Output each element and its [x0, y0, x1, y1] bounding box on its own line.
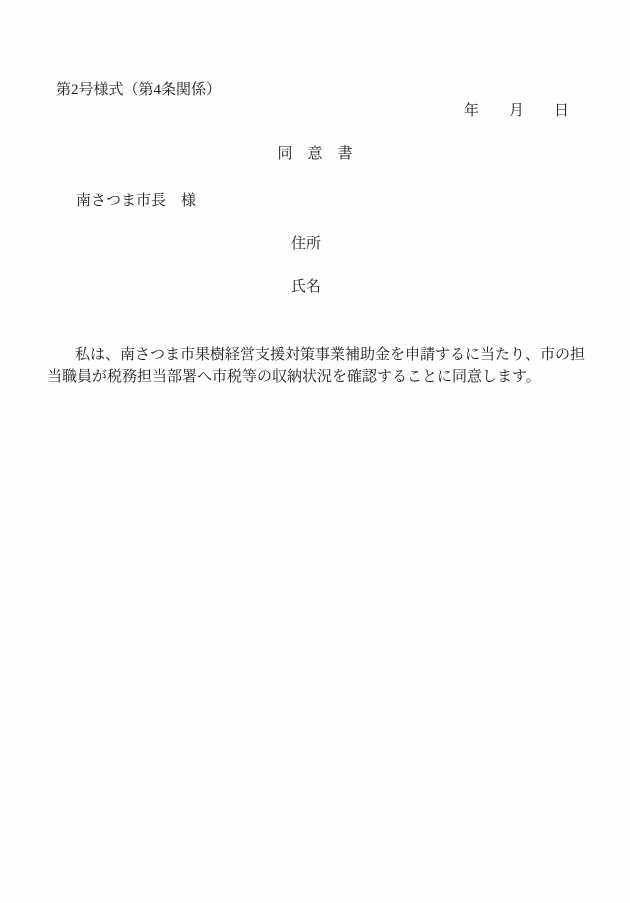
- date-line: 年 月 日: [464, 103, 569, 120]
- name-label: 氏名: [291, 279, 321, 296]
- body-paragraph: 私は、南さつま市果樹経営支援対策事業補助金を申請するに当たり、市の担 当職員が税…: [47, 344, 587, 388]
- address-label: 住所: [291, 236, 321, 253]
- document-title: 同 意 書: [0, 146, 630, 163]
- body-line-2: 当職員が税務担当部署へ市税等の収納状況を確認することに同意します。: [47, 366, 587, 388]
- document-page: 第2号様式（第4条関係） 年 月 日 同 意 書 南さつま市長 様 住所 氏名 …: [0, 0, 630, 903]
- body-line-1: 私は、南さつま市果樹経営支援対策事業補助金を申請するに当たり、市の担: [47, 344, 587, 366]
- form-number: 第2号様式（第4条関係）: [56, 82, 221, 99]
- addressee-line: 南さつま市長 様: [76, 193, 196, 210]
